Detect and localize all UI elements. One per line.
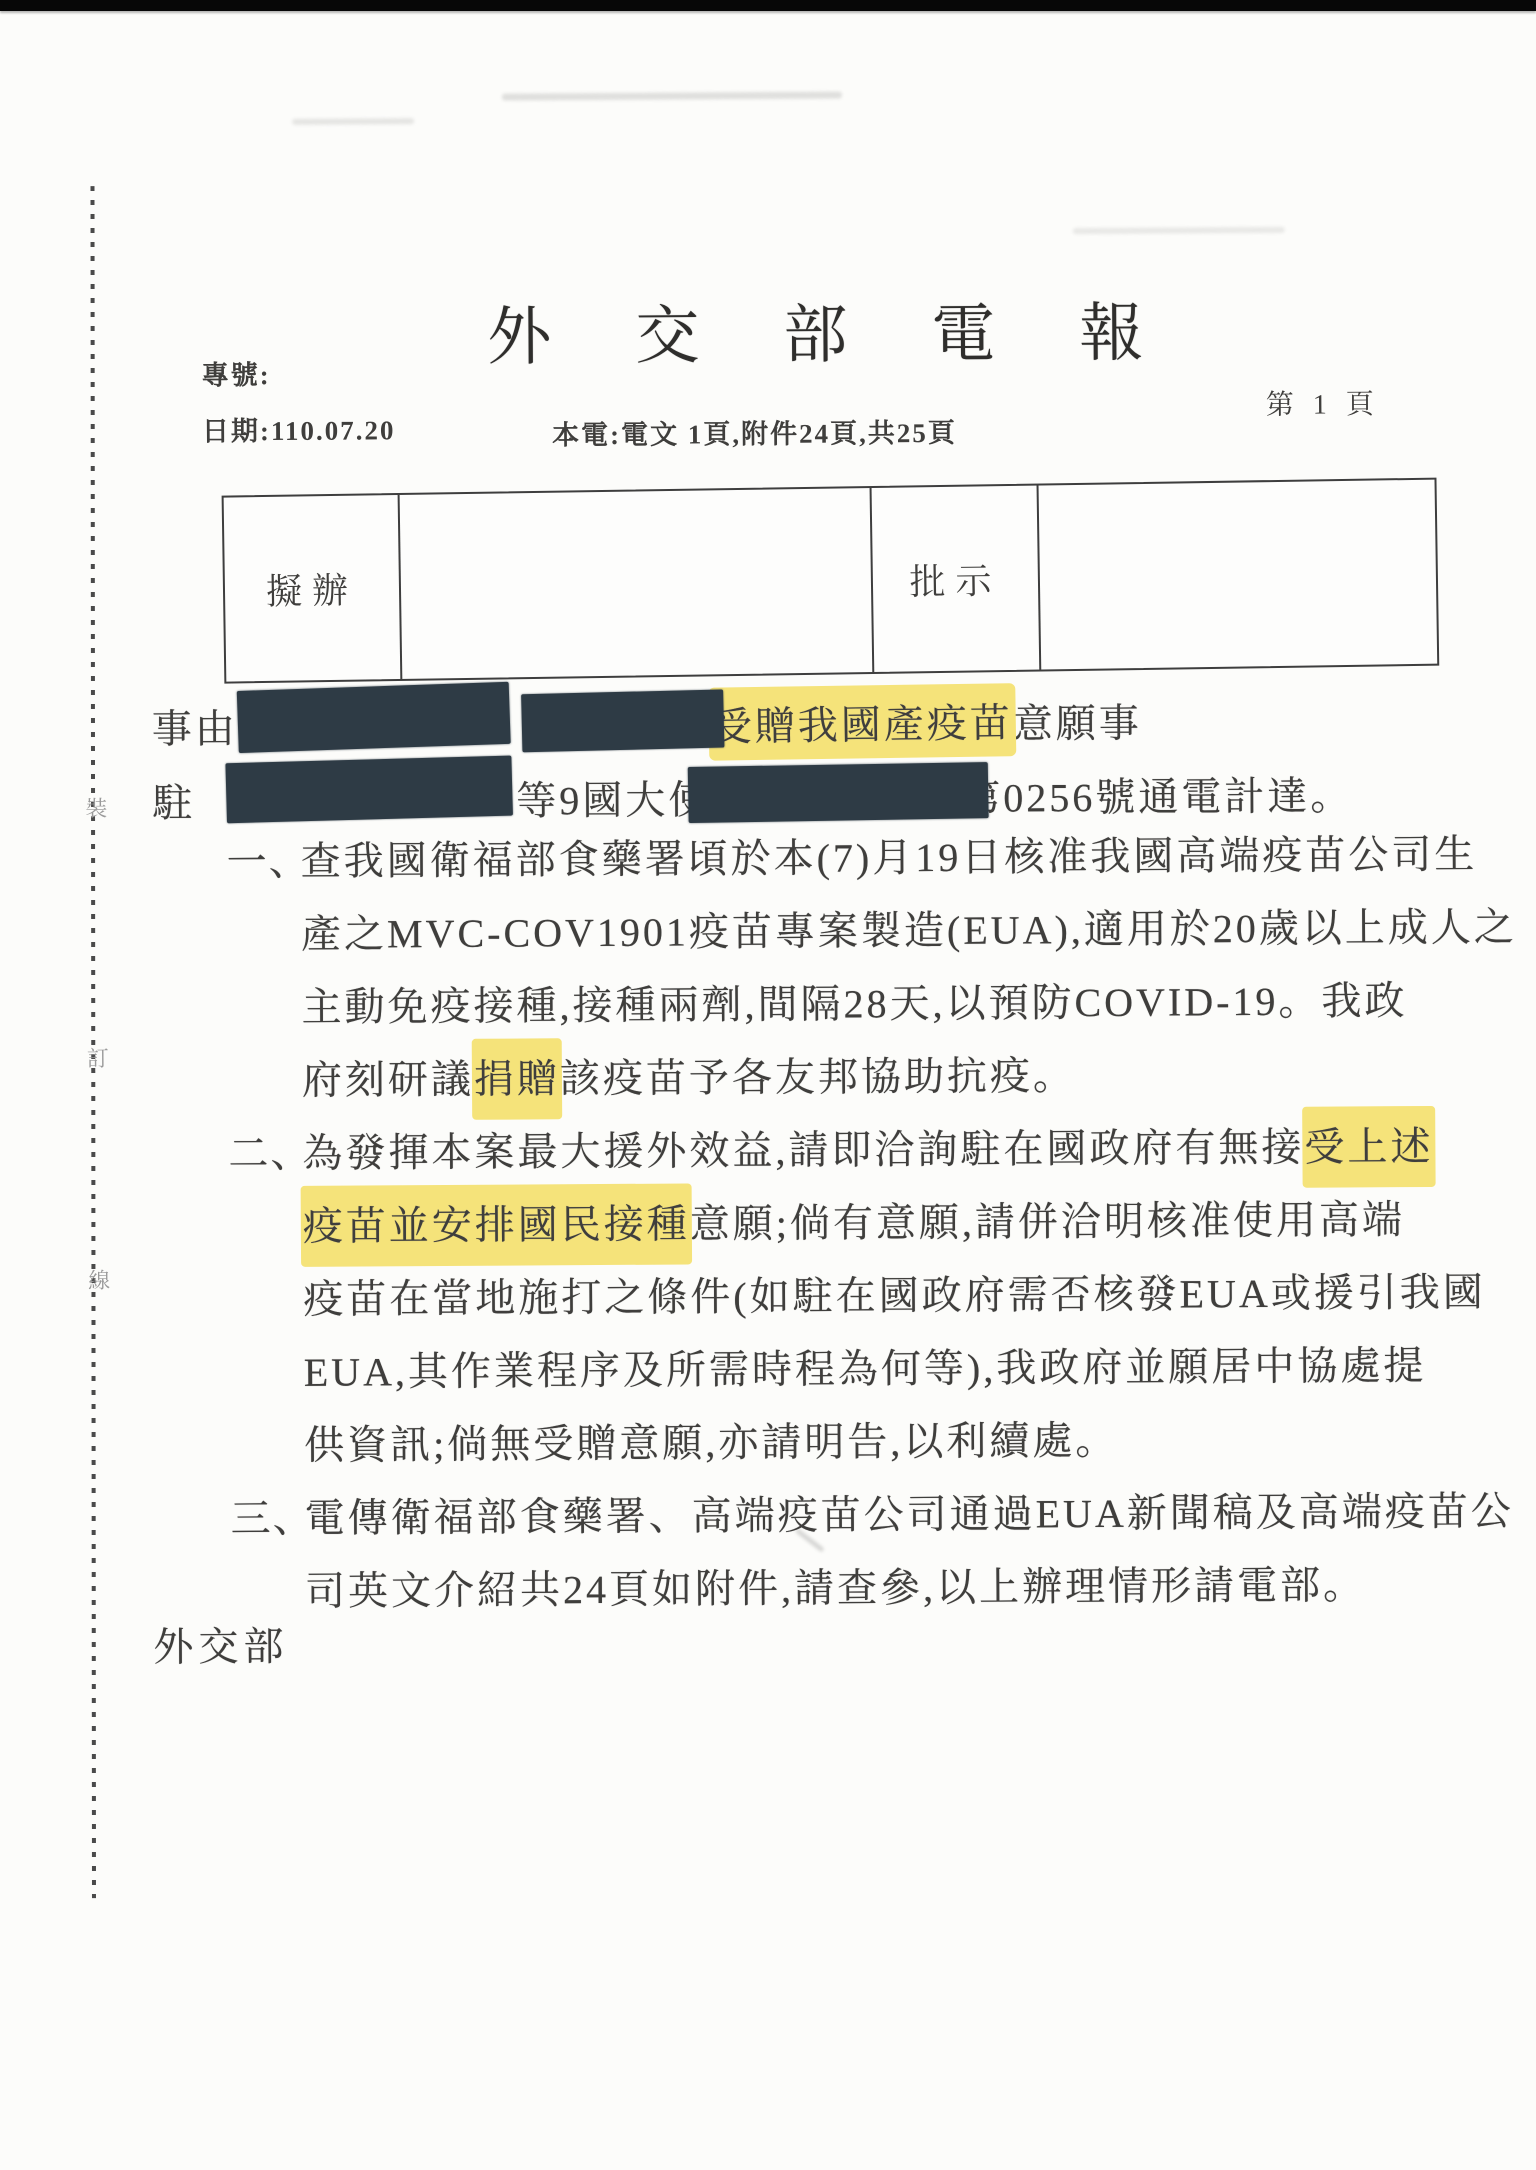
text-line: 產之MVC-COV1901疫苗專案製造(EUA),適用於20歲以上成人之 — [227, 891, 1487, 972]
paragraph-2: 二、為發揮本案最大援外效益,請即洽詢駐在國政府有無接受上述 疫苗並安排國民接種意… — [228, 1110, 1490, 1483]
text-line: 府刻研議捐贈該疫苗予各友邦協助抗疫。 — [228, 1037, 1488, 1118]
draft-label-cell: 擬辦 — [224, 495, 403, 682]
binding-mark-zhuang: 裝 — [82, 792, 110, 823]
text-line: EUA,其作業程序及所需時程為何等),我政府並願居中協處提 — [230, 1329, 1490, 1410]
scanned-telegram-page: 裝 訂 線 外交部電報 第 1 頁 專號: 日期:110.07.20 本電:電文… — [0, 0, 1536, 2170]
highlighted-text: 受上述 — [1302, 1106, 1435, 1188]
scan-artifact — [1073, 227, 1285, 234]
text-line: 三、電傳衛福部食藥署、高端疫苗公司通過EUA新聞稿及高端疫苗公 — [230, 1475, 1490, 1556]
subject-label: 事由 — [152, 697, 238, 755]
scan-artifact — [292, 118, 414, 125]
redaction-bar — [237, 682, 511, 753]
redaction-bar — [225, 756, 513, 824]
scan-top-edge — [0, 0, 1536, 11]
serial-number-label: 專號: — [202, 353, 271, 392]
redaction-bar — [521, 690, 724, 753]
line-text: 司英文介紹共24頁如附件,請查參,以上辦理情形請電部。 — [305, 1562, 1366, 1613]
date-label: 日期: — [202, 416, 271, 446]
telegram-body: 一、查我國衛福部食藥署頃於本(7)月19日核准我國高端疫苗公司生 產之MVC-C… — [226, 818, 1491, 1629]
approval-table: 擬辦 批示 — [222, 478, 1440, 684]
text-line: 疫苗在當地施打之條件(如駐在國政府需否核發EUA或援引我國 — [229, 1256, 1489, 1337]
highlighted-text: 受贈我國產疫苗 — [708, 683, 1016, 761]
document-content: 裝 訂 線 外交部電報 第 1 頁 專號: 日期:110.07.20 本電:電文… — [0, 0, 1536, 2170]
approval-blank-cell — [1039, 480, 1438, 670]
binding-mark-ding: 訂 — [84, 1042, 112, 1073]
line-text: 電傳衛福部食藥署、高端疫苗公司通過EUA新聞稿及高端疫苗公 — [305, 1488, 1514, 1540]
line-text: 主動免疫接種,接種兩劑,間隔28天,以預防COVID-19。我政 — [301, 978, 1407, 1030]
line-text: 府刻研議 — [302, 1057, 474, 1103]
redaction-bar — [688, 762, 989, 823]
line-text: 供資訊;倘無受贈意願,亦請明告,以利續處。 — [304, 1418, 1118, 1468]
highlighted-text: 捐贈 — [472, 1038, 562, 1120]
paragraph-number: 一、 — [226, 825, 300, 898]
binding-mark-xian: 線 — [85, 1264, 113, 1295]
text-line: 二、為發揮本案最大援外效益,請即洽詢駐在國政府有無接受上述 — [228, 1110, 1488, 1191]
scan-artifact — [502, 92, 842, 101]
pages-info: 本電:電文 1頁,附件24頁,共25頁 — [552, 411, 957, 452]
paragraph-3: 三、電傳衛福部食藥署、高端疫苗公司通過EUA新聞稿及高端疫苗公 司英文介紹共24… — [230, 1475, 1491, 1629]
document-title: 外交部電報 — [487, 281, 1228, 378]
text-line: 一、查我國衛福部食藥署頃於本(7)月19日核准我國高端疫苗公司生 — [226, 818, 1486, 899]
line-text: 為發揮本案最大援外效益,請即洽詢駐在國政府有無接 — [302, 1125, 1304, 1176]
recipient-prefix: 駐 — [152, 771, 195, 828]
text-line: 司英文介紹共24頁如附件,請查參,以上辦理情形請電部。 — [231, 1548, 1491, 1629]
highlighted-text: 疫苗並安排國民接種 — [301, 1183, 692, 1266]
text-line: 供資訊;倘無受贈意願,亦請明告,以利續處。 — [230, 1402, 1490, 1483]
date-value: 110.07.20 — [271, 415, 396, 446]
approval-label-cell: 批示 — [872, 486, 1042, 672]
approval-label: 批示 — [909, 553, 1002, 605]
recipient-tail: 第0256號通電計達。 — [960, 764, 1353, 823]
line-text: 查我國衛福部食藥署頃於本(7)月19日核准我國高端疫苗公司生 — [300, 832, 1477, 884]
subject-tail: 意願事 — [1013, 701, 1142, 747]
page-number: 第 1 頁 — [1266, 382, 1380, 423]
line-text: 意願;倘有意願,請併洽明核准使用高端 — [690, 1197, 1405, 1246]
text-line: 主動免疫接種,接種兩劑,間隔28天,以預防COVID-19。我政 — [227, 964, 1487, 1045]
line-text: 疫苗在當地施打之條件(如駐在國政府需否核發EUA或援引我國 — [303, 1270, 1486, 1322]
text-line: 疫苗並安排國民接種意願;倘有意願,請併洽明核准使用高端 — [229, 1183, 1489, 1264]
sender-signature: 外交部 — [153, 1615, 288, 1673]
paragraph-number: 三、 — [230, 1482, 304, 1555]
draft-blank-cell — [400, 488, 875, 679]
draft-label: 擬辦 — [266, 562, 359, 614]
paragraph-number: 二、 — [228, 1117, 302, 1190]
line-text: 該疫苗予各友邦協助抗疫。 — [560, 1053, 1076, 1101]
paragraph-1: 一、查我國衛福部食藥署頃於本(7)月19日核准我國高端疫苗公司生 產之MVC-C… — [226, 818, 1488, 1118]
date-line: 日期:110.07.20 — [202, 408, 396, 448]
subject-text: 受贈我國產疫苗意願事 — [712, 692, 1142, 752]
line-text: 產之MVC-COV1901疫苗專案製造(EUA),適用於20歲以上成人之 — [301, 904, 1517, 956]
line-text: EUA,其作業程序及所需時程為何等),我政府並願居中協處提 — [304, 1343, 1427, 1395]
